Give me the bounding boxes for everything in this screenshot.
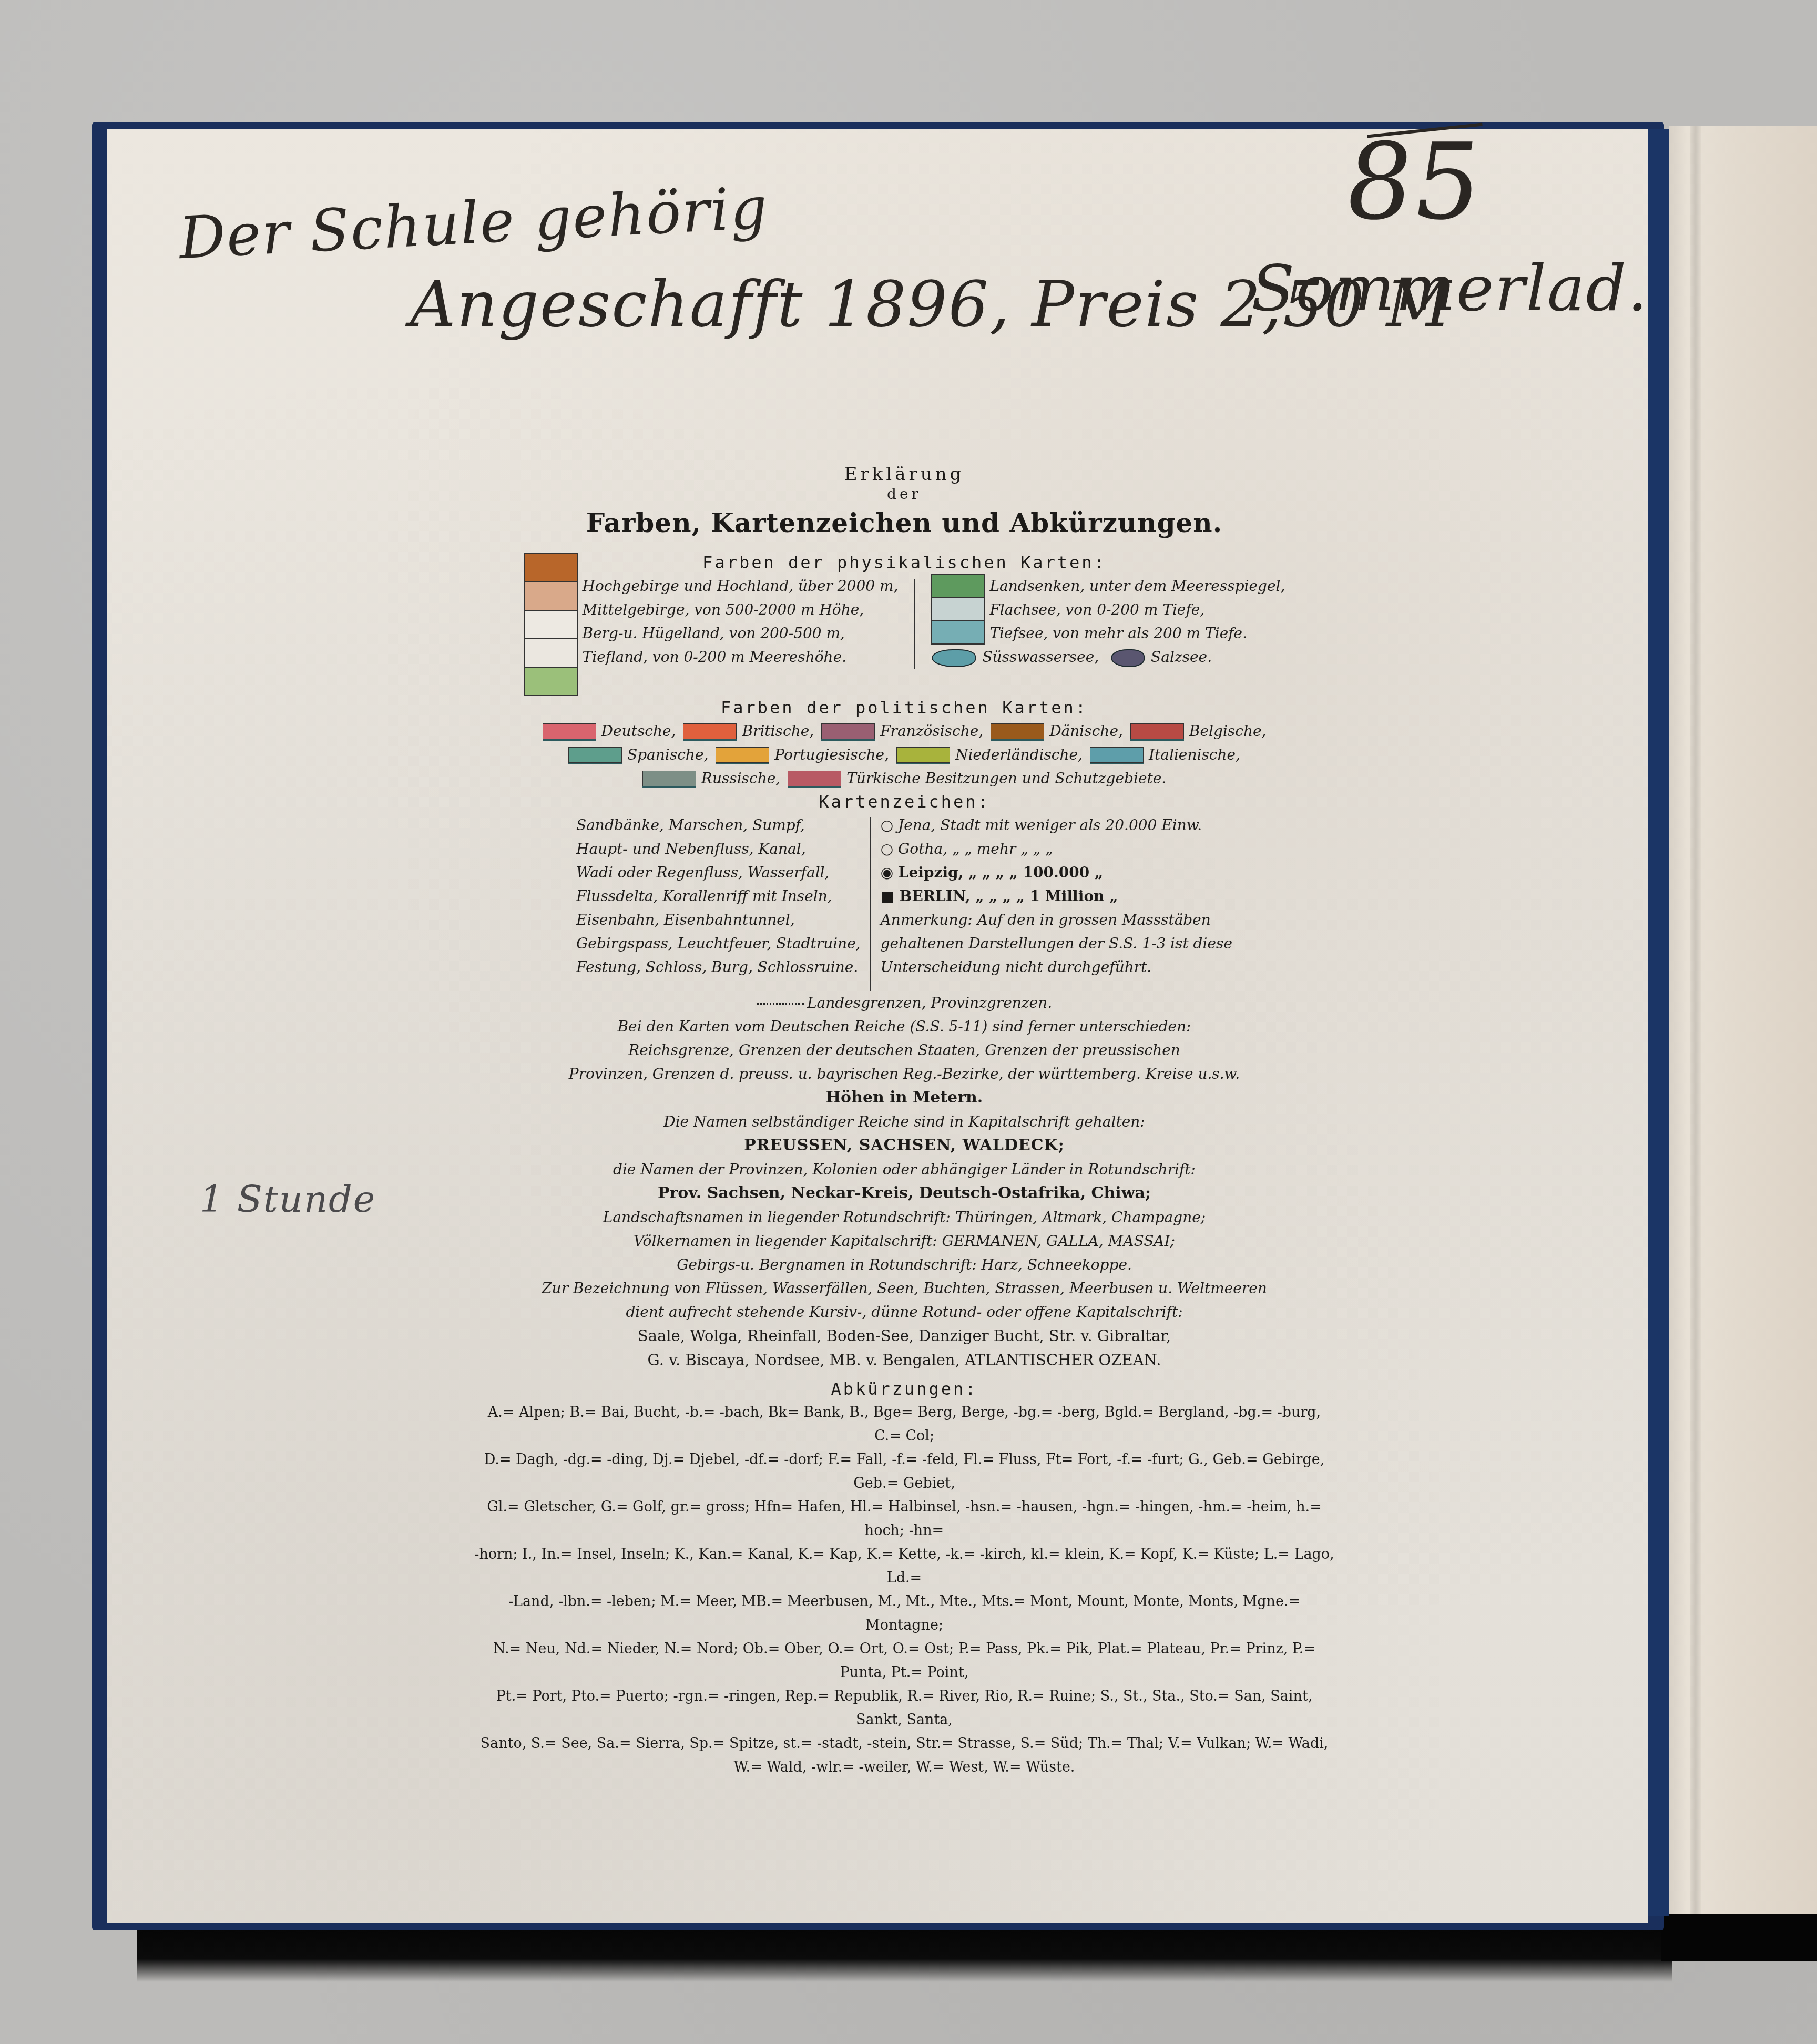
depth-swatches xyxy=(931,574,985,645)
signs-left: Sandbänke, Marschen, Sumpf, Haupt- und N… xyxy=(576,813,861,991)
label-flachsee: Flachsee, von 0-200 m Tiefe, xyxy=(989,598,1285,621)
column-divider xyxy=(914,579,915,669)
pol-turkische: Türkische Besitzungen und Schutzgebiete. xyxy=(788,766,1166,790)
sign-line: Eisenbahn, Eisenbahntunnel, xyxy=(576,908,861,932)
label-tiefland: Tiefland, von 0-200 m Meereshöhe. xyxy=(583,645,899,669)
pol-danische: Dänische, xyxy=(991,719,1123,743)
naming-line: Völkernamen in liegender Kapitalschrift:… xyxy=(473,1229,1335,1253)
german-maps-line2: Provinzen, Grenzen d. preuss. u. bayrisc… xyxy=(473,1062,1335,1086)
political-row-1: Deutsche, Britische, Französische, Dänis… xyxy=(473,719,1335,743)
german-maps-intro: Bei den Karten vom Deutschen Reiche (S.S… xyxy=(473,1015,1335,1038)
swatch-icon xyxy=(788,771,841,786)
label-saltlake: Salzsee. xyxy=(1151,648,1212,666)
book-shadow xyxy=(137,1924,1672,1982)
pol-belgische: Belgische, xyxy=(1130,719,1267,743)
naming-line: G. v. Biscaya, Nordsee, MB. v. Bengalen,… xyxy=(473,1348,1335,1372)
naming-line: Saale, Wolga, Rheinfall, Boden-See, Danz… xyxy=(473,1324,1335,1348)
salt-lake-icon xyxy=(1111,649,1145,667)
abbr-line: Pt.= Port, Pto.= Puerto; -rgn.= -ringen,… xyxy=(473,1684,1335,1732)
abbr-line: -Land, -lbn.= -leben; M.= Meer, MB.= Mee… xyxy=(473,1590,1335,1637)
label-landsenken: Landsenken, unter dem Meeresspiegel, xyxy=(989,574,1285,598)
naming-line: Die Namen selbständiger Reiche sind in K… xyxy=(473,1110,1335,1133)
swatch-tiefland xyxy=(525,668,577,695)
physical-colors: Hochgebirge und Hochland, über 2000 m, M… xyxy=(473,574,1335,696)
legend-heading-2: der xyxy=(473,486,1335,503)
political-colors: Deutsche, Britische, Französische, Dänis… xyxy=(473,719,1335,790)
note-line: Anmerkung: Auf den in grossen Massstäben xyxy=(881,908,1232,932)
column-divider xyxy=(870,817,871,991)
dotted-border-icon xyxy=(757,1003,804,1005)
physical-water-labels: Landsenken, unter dem Meeresspiegel, Fla… xyxy=(989,574,1285,669)
swatch-flachsee xyxy=(932,598,984,621)
pol-deutsche: Deutsche, xyxy=(543,719,676,743)
label-hochgebirge: Hochgebirge und Hochland, über 2000 m, xyxy=(583,574,899,598)
physical-water: Landsenken, unter dem Meeresspiegel, Fla… xyxy=(931,574,1285,669)
label-freshwater: Süsswassersee, xyxy=(982,648,1099,666)
swatch-icon xyxy=(821,723,875,739)
swatch-hochgebirge xyxy=(525,554,577,582)
swatch-icon xyxy=(683,723,737,739)
city-line: ○ Gotha, „ „ mehr „ „ „ xyxy=(881,837,1232,861)
abbr-line: D.= Dagh, -dg.= -ding, Dj.= Djebel, -df.… xyxy=(473,1448,1335,1495)
heights-note: Höhen in Metern. xyxy=(473,1086,1335,1110)
legend-title: Farben, Kartenzeichen und Abkürzungen. xyxy=(473,505,1335,541)
map-signs: Sandbänke, Marschen, Sumpf, Haupt- und N… xyxy=(473,813,1335,991)
abbr-line: Santo, S.= See, Sa.= Sierra, Sp.= Spitze… xyxy=(473,1732,1335,1755)
swatch-icon xyxy=(991,723,1044,739)
city-line: ■ BERLIN, „ „ „ „ 1 Million „ xyxy=(881,884,1232,908)
abbr-line: N.= Neu, Nd.= Nieder, N.= Nord; Ob.= Obe… xyxy=(473,1637,1335,1684)
borders-line: Landesgrenzen, Provinzgrenzen. xyxy=(473,991,1335,1015)
physical-land: Hochgebirge und Hochland, über 2000 m, M… xyxy=(524,574,899,696)
swatch-hugelland xyxy=(525,639,577,668)
naming-line: Zur Bezeichnung von Flüssen, Wasserfälle… xyxy=(473,1276,1335,1300)
book-spine-edge xyxy=(1648,129,1669,1916)
naming-line: dient aufrecht stehende Kursiv-, dünne R… xyxy=(473,1300,1335,1324)
swatch-icon xyxy=(568,747,622,763)
signs-right: ○ Jena, Stadt mit weniger als 20.000 Ein… xyxy=(881,813,1232,991)
pol-britische: Britische, xyxy=(683,719,814,743)
naming-line: Prov. Sachsen, Neckar-Kreis, Deutsch-Ost… xyxy=(473,1181,1335,1205)
freshwater-lake-icon xyxy=(932,649,976,667)
swatch-mittelgebirge xyxy=(525,582,577,611)
sign-line: Flussdelta, Korallenriff mit Inseln, xyxy=(576,884,861,908)
naming-line: Landschaftsnamen in liegender Rotundschr… xyxy=(473,1205,1335,1229)
swatch-icon xyxy=(716,747,769,763)
handwritten-number: 85 xyxy=(1338,121,1491,243)
abbreviations-heading: Abkürzungen: xyxy=(473,1377,1335,1401)
pol-russische: Russische, xyxy=(642,766,780,790)
naming-line: Gebirgs-u. Bergnamen in Rotundschrift: H… xyxy=(473,1253,1335,1276)
page-fold xyxy=(1690,126,1701,1914)
pol-spanische: Spanische, xyxy=(568,743,708,766)
swatch-icon xyxy=(642,771,696,786)
signs-heading: Kartenzeichen: xyxy=(473,790,1335,813)
political-heading: Farben der politischen Karten: xyxy=(473,696,1335,719)
pol-italienische: Italienische, xyxy=(1090,743,1240,766)
swatch-icon xyxy=(543,723,596,739)
physical-heading: Farben der physikalischen Karten: xyxy=(473,551,1335,574)
pol-niederlandische: Niederländische, xyxy=(896,743,1083,766)
note-line: gehaltenen Darstellungen der S.S. 1-3 is… xyxy=(881,932,1232,955)
book-shadow-right xyxy=(1661,1914,1817,1961)
sign-line: Festung, Schloss, Burg, Schlossruine. xyxy=(576,955,861,979)
swatch-icon xyxy=(896,747,950,763)
naming-line: PREUSSEN, SACHSEN, WALDECK; xyxy=(473,1133,1335,1158)
handwritten-margin-note: 1 Stunde xyxy=(200,1178,376,1221)
swatch-icon xyxy=(1130,723,1184,739)
elevation-swatches xyxy=(524,553,578,696)
label-hugelland: Berg-u. Hügelland, von 200-500 m, xyxy=(583,621,899,645)
political-row-2: Spanische, Portugiesische, Niederländisc… xyxy=(473,743,1335,766)
note-line: Unterscheidung nicht durchgeführt. xyxy=(881,955,1232,979)
map-legend: Erklärung der Farben, Kartenzeichen und … xyxy=(473,463,1335,1779)
city-line: ○ Jena, Stadt mit weniger als 20.000 Ein… xyxy=(881,813,1232,837)
pol-franzosische: Französische, xyxy=(821,719,983,743)
swatch-berg xyxy=(525,611,577,639)
label-mittelgebirge: Mittelgebirge, von 500-2000 m Höhe, xyxy=(583,598,899,621)
abbreviations-list: A.= Alpen; B.= Bai, Bucht, -b.= -bach, B… xyxy=(473,1401,1335,1779)
lakes-line: Süsswassersee, Salzsee. xyxy=(932,645,1285,669)
physical-land-labels: Hochgebirge und Hochland, über 2000 m, M… xyxy=(583,574,899,696)
city-line: ◉ Leipzig, „ „ „ „ 100.000 „ xyxy=(881,861,1232,884)
sign-line: Sandbänke, Marschen, Sumpf, xyxy=(576,813,861,837)
legend-heading-1: Erklärung xyxy=(473,463,1335,486)
political-row-3: Russische, Türkische Besitzungen und Sch… xyxy=(473,766,1335,790)
abbr-line: W.= Wald, -wlr.= -weiler, W.= West, W.= … xyxy=(473,1755,1335,1779)
sign-line: Gebirgspass, Leuchtfeuer, Stadtruine, xyxy=(576,932,861,955)
sign-line: Wadi oder Regenfluss, Wasserfall, xyxy=(576,861,861,884)
handwritten-signature: Sommerlad. xyxy=(1251,252,1648,325)
swatch-icon xyxy=(1090,747,1144,763)
pol-portugiesische: Portugiesische, xyxy=(716,743,889,766)
naming-line: die Namen der Provinzen, Kolonien oder a… xyxy=(473,1158,1335,1181)
abbr-line: Gl.= Gletscher, G.= Golf, gr.= gross; Hf… xyxy=(473,1495,1335,1542)
abbr-line: -horn; I., In.= Insel, Inseln; K., Kan.=… xyxy=(473,1542,1335,1590)
sign-line: Haupt- und Nebenfluss, Kanal, xyxy=(576,837,861,861)
label-tiefsee: Tiefsee, von mehr als 200 m Tiefe. xyxy=(989,621,1285,645)
swatch-landsenken xyxy=(932,575,984,598)
german-maps-line1: Reichsgrenze, Grenzen der deutschen Staa… xyxy=(473,1038,1335,1062)
abbr-line: A.= Alpen; B.= Bai, Bucht, -b.= -bach, B… xyxy=(473,1401,1335,1448)
swatch-tiefsee xyxy=(932,621,984,643)
